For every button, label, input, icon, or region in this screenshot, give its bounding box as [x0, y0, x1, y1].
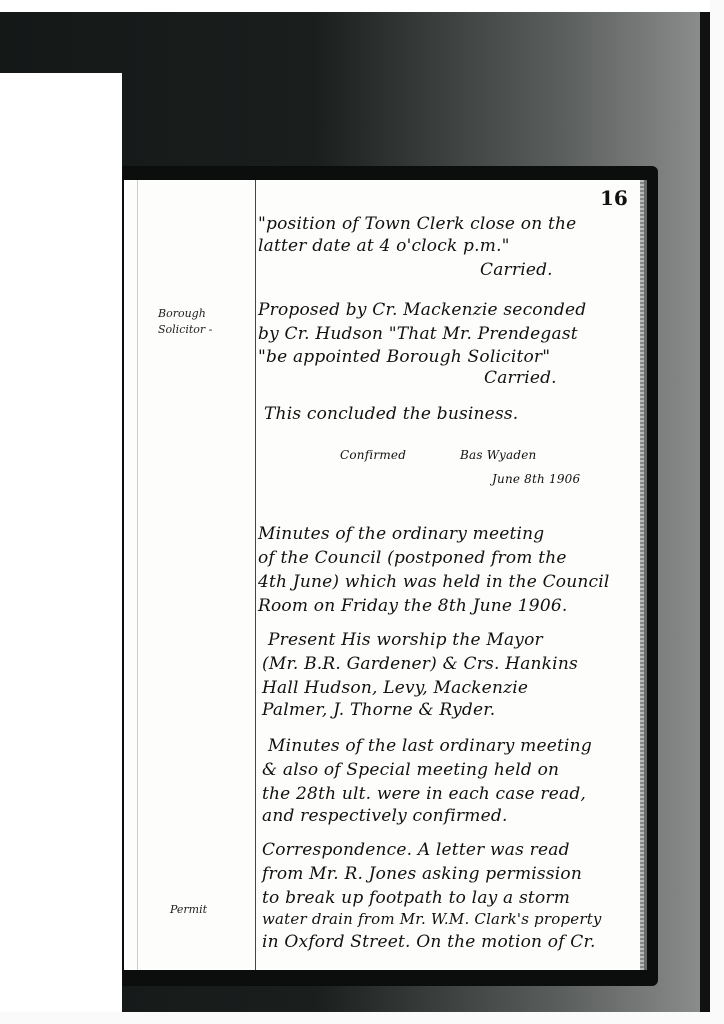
entry-line: "be appointed Borough Solicitor"	[258, 347, 550, 367]
entry-line: Palmer, J. Thorne & Ryder.	[262, 700, 495, 720]
left-rule-line	[137, 180, 138, 970]
scan-right-strip	[700, 12, 710, 1012]
entry-line: in Oxford Street. On the motion of Cr.	[262, 932, 596, 952]
entry-line: 4th June) which was held in the Council	[258, 572, 610, 592]
margin-note-borough-solicitor: Borough Solicitor -	[158, 306, 212, 338]
scan-right-margin	[710, 0, 724, 1024]
entry-line: water drain from Mr. W.M. Clark's proper…	[262, 910, 602, 928]
page-number: 16	[600, 186, 628, 210]
scan-white-margin	[0, 73, 122, 1024]
entry-line: (Mr. B.R. Gardener) & Crs. Hankins	[262, 654, 578, 674]
entry-line: Room on Friday the 8th June 1906.	[258, 596, 567, 616]
entry-line: to break up footpath to lay a storm	[262, 888, 570, 908]
confirmed-label: Confirmed	[340, 448, 406, 462]
entry-line: Correspondence. A letter was read	[262, 840, 570, 860]
entry-line: & also of Special meeting held on	[262, 760, 559, 780]
margin-note-permit: Permit	[170, 902, 207, 918]
margin-note-line: Solicitor -	[158, 322, 212, 338]
entry-line: Proposed by Cr. Mackenzie seconded	[258, 300, 586, 320]
entry-line: the 28th ult. were in each case read,	[262, 784, 586, 804]
entry-line: of the Council (postponed from the	[258, 548, 567, 568]
signature: Bas Wyaden	[460, 448, 536, 462]
entry-line: and respectively confirmed.	[262, 806, 508, 826]
margin-rule-line	[255, 180, 256, 970]
page-edge	[640, 180, 644, 970]
entry-line: latter date at 4 o'clock p.m."	[258, 236, 510, 256]
entry-carried: Carried.	[480, 260, 553, 280]
scan-bottom-margin	[0, 1012, 724, 1024]
entry-line: Hall Hudson, Levy, Mackenzie	[262, 678, 528, 698]
entry-line: Present His worship the Mayor	[268, 630, 543, 650]
entry-line: by Cr. Hudson "That Mr. Prendegast	[258, 324, 578, 344]
entry-line: This concluded the business.	[264, 404, 518, 424]
margin-note-line: Permit	[170, 902, 207, 918]
margin-note-line: Borough	[158, 306, 212, 322]
entry-line: "position of Town Clerk close on the	[258, 214, 576, 234]
entry-carried: Carried.	[484, 368, 557, 388]
entry-line: Minutes of the ordinary meeting	[258, 524, 544, 544]
entry-line: Minutes of the last ordinary meeting	[268, 736, 592, 756]
entry-line: from Mr. R. Jones asking permission	[262, 864, 582, 884]
confirmation-date: June 8th 1906	[492, 472, 580, 486]
